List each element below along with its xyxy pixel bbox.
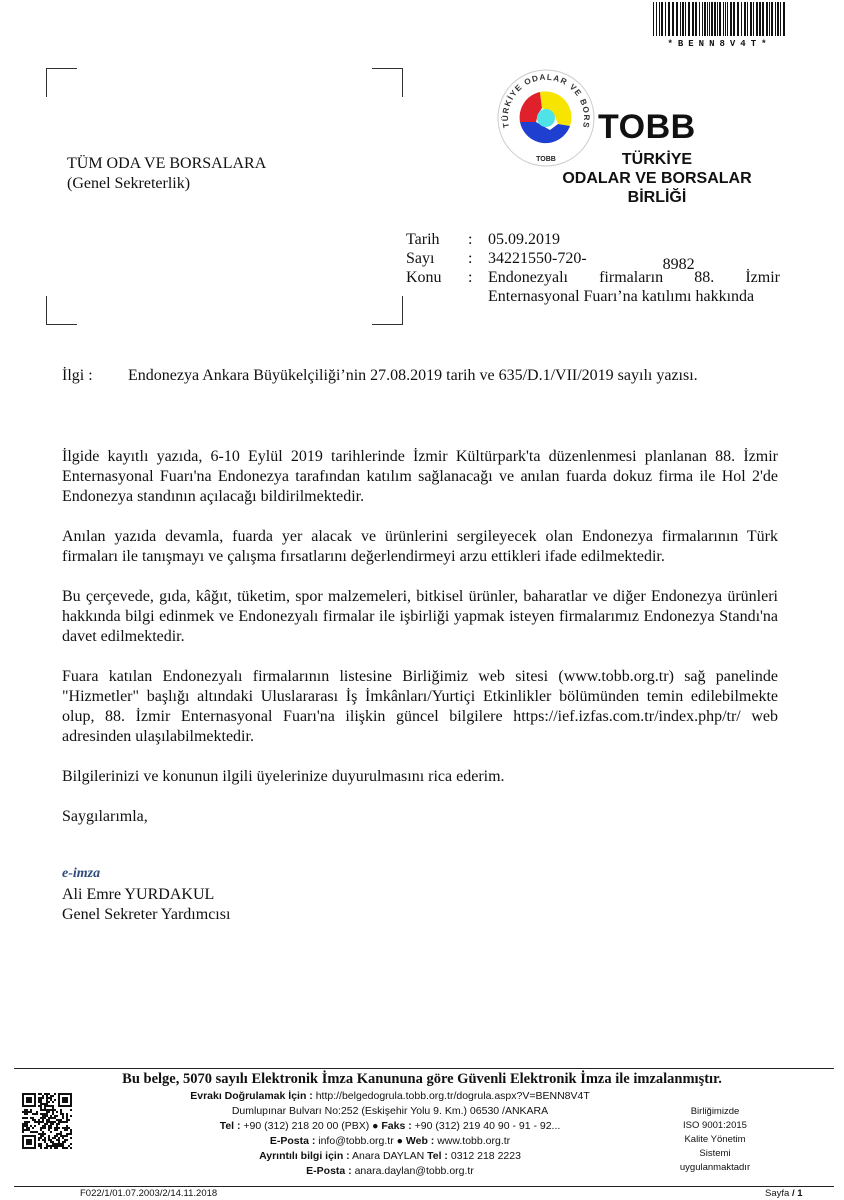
subject-line: Endonezyalı firmaların 88. İzmir (488, 268, 780, 287)
email-link[interactable]: info@tobb.org.tr ● (315, 1135, 406, 1147)
number-prefix: 34221550-720- (488, 250, 587, 267)
meta-label: Konu (406, 268, 468, 306)
corner-mark-bottom-right (372, 296, 403, 325)
reference-block: İlgi : Endonezya Ankara Büyükelçiliği’ni… (62, 366, 762, 385)
fax-label: Faks : (381, 1120, 411, 1132)
verify-line: Evrakı Doğrulamak İçin : http://belgedog… (150, 1089, 630, 1104)
body-paragraph-4: Fuara katılan Endonezyalı firmalarının l… (62, 667, 778, 747)
signer-block: Ali Emre YURDAKUL Genel Sekreter Yardımc… (62, 885, 230, 925)
contact-tel-label: Tel : (427, 1150, 448, 1162)
corner-mark-top-right (372, 68, 403, 97)
contact-line: Ayrıntılı bilgi için : Anara DAYLAN Tel … (150, 1149, 630, 1164)
subject-value: Endonezyalı firmaların 88. İzmir Enterna… (488, 268, 780, 306)
date-value: 05.09.2019 (488, 230, 780, 249)
meta-subject: Konu : Endonezyalı firmaların 88. İzmir … (406, 268, 780, 306)
meta-number: Sayı : 34221550-720-8982 (406, 249, 780, 268)
contact-tel-value: 0312 218 2223 (448, 1150, 521, 1162)
body-paragraph-1: İlgide kayıtlı yazıda, 6-10 Eylül 2019 t… (62, 447, 778, 507)
closing-salutation: Saygılarımla, (62, 808, 148, 826)
e-signature-statement: Bu belge, 5070 sayılı Elektronik İmza Ka… (0, 1071, 844, 1088)
form-code: F022/1/01.07.2003/2/14.11.2018 (80, 1188, 217, 1199)
contact-email-label: E-Posta : (306, 1165, 352, 1177)
email-web-line: E-Posta : info@tobb.org.tr ● Web : www.t… (150, 1134, 630, 1149)
email-label: E-Posta : (270, 1135, 316, 1147)
iso-certification-note: Birliğimizde ISO 9001:2015 Kalite Yöneti… (660, 1105, 770, 1175)
contact-label: Ayrıntılı bilgi için : (259, 1150, 350, 1162)
phone-line: Tel : +90 (312) 218 20 00 (PBX) ● Faks :… (150, 1119, 630, 1134)
web-link[interactable]: www.tobb.org.tr (434, 1135, 510, 1147)
logo-organization-name: TÜRKİYE ODALAR VE BORSALAR BİRLİĞİ (550, 150, 764, 207)
reference-label: İlgi : (62, 366, 128, 385)
meta-colon: : (468, 249, 488, 268)
subject-line: Enternasyonal Fuarı’na katılımı hakkında (488, 287, 780, 306)
logo-acronym: TOBB (598, 108, 696, 147)
number-suffix: 8982 (663, 256, 695, 273)
iso-line: Sistemi (660, 1147, 770, 1161)
fax-value: +90 (312) 219 40 90 - 91 - 92... (412, 1120, 561, 1132)
body-paragraph-2: Anılan yazıda devamla, fuarda yer alacak… (62, 527, 778, 567)
iso-line: Kalite Yönetim (660, 1133, 770, 1147)
iso-line: uygulanmaktadır (660, 1161, 770, 1175)
recipient-name: TÜM ODA VE BORSALARA (67, 154, 266, 174)
corner-mark-top-left (46, 68, 77, 97)
body-paragraph-3: Bu çerçevede, gıda, kâğıt, tüketim, spor… (62, 587, 778, 647)
corner-mark-bottom-left (46, 296, 77, 325)
barcode-text: *BENN8V4T* (652, 39, 787, 49)
iso-line: Birliğimizde (660, 1105, 770, 1119)
page-value: / 1 (792, 1188, 803, 1199)
address-line: Dumlupınar Bulvarı No:252 (Eskişehir Yol… (150, 1104, 630, 1119)
page-number: Sayfa / 1 (765, 1188, 803, 1199)
reference-text: Endonezya Ankara Büyükelçiliği’nin 27.08… (128, 366, 762, 385)
tel-label: Tel : (220, 1120, 241, 1132)
contact-email-link[interactable]: anara.daylan@tobb.org.tr (352, 1165, 474, 1177)
signer-title: Genel Sekreter Yardımcısı (62, 905, 230, 925)
contact-name: Anara DAYLAN (350, 1150, 427, 1162)
logo-name-line: BİRLİĞİ (550, 188, 764, 207)
body-paragraph-5: Bilgilerinizi ve konunun ilgili üyelerin… (62, 767, 778, 787)
meta-label: Tarih (406, 230, 468, 249)
logo-name-line: TÜRKİYE (550, 150, 764, 169)
logo-name-line: ODALAR VE BORSALAR (550, 169, 764, 188)
verify-label: Evrakı Doğrulamak İçin : (190, 1090, 313, 1102)
footer-divider-bottom (14, 1186, 834, 1187)
qr-code-icon[interactable] (22, 1093, 72, 1149)
web-label: Web : (406, 1135, 434, 1147)
barcode (652, 2, 787, 36)
verify-link[interactable]: http://belgedogrula.tobb.org.tr/dogrula.… (313, 1090, 590, 1102)
tel-value: +90 (312) 218 20 00 (PBX) ● (241, 1120, 382, 1132)
meta-colon: : (468, 268, 488, 306)
document-meta: Tarih : 05.09.2019 Sayı : 34221550-720-8… (406, 230, 780, 306)
meta-date: Tarih : 05.09.2019 (406, 230, 780, 249)
page-label: Sayfa (765, 1188, 792, 1199)
recipient-department: (Genel Sekreterlik) (67, 174, 266, 194)
meta-colon: : (468, 230, 488, 249)
number-value: 34221550-720-8982 (488, 249, 780, 268)
signer-name: Ali Emre YURDAKUL (62, 885, 230, 905)
recipient-block: TÜM ODA VE BORSALARA (Genel Sekreterlik) (67, 154, 266, 194)
footer-contact-block: Evrakı Doğrulamak İçin : http://belgedog… (150, 1089, 630, 1179)
footer-divider-top (14, 1068, 834, 1069)
contact-email-line: E-Posta : anara.daylan@tobb.org.tr (150, 1164, 630, 1179)
e-signature-mark: e-imza (62, 866, 100, 882)
iso-line: ISO 9001:2015 (660, 1119, 770, 1133)
meta-label: Sayı (406, 249, 468, 268)
